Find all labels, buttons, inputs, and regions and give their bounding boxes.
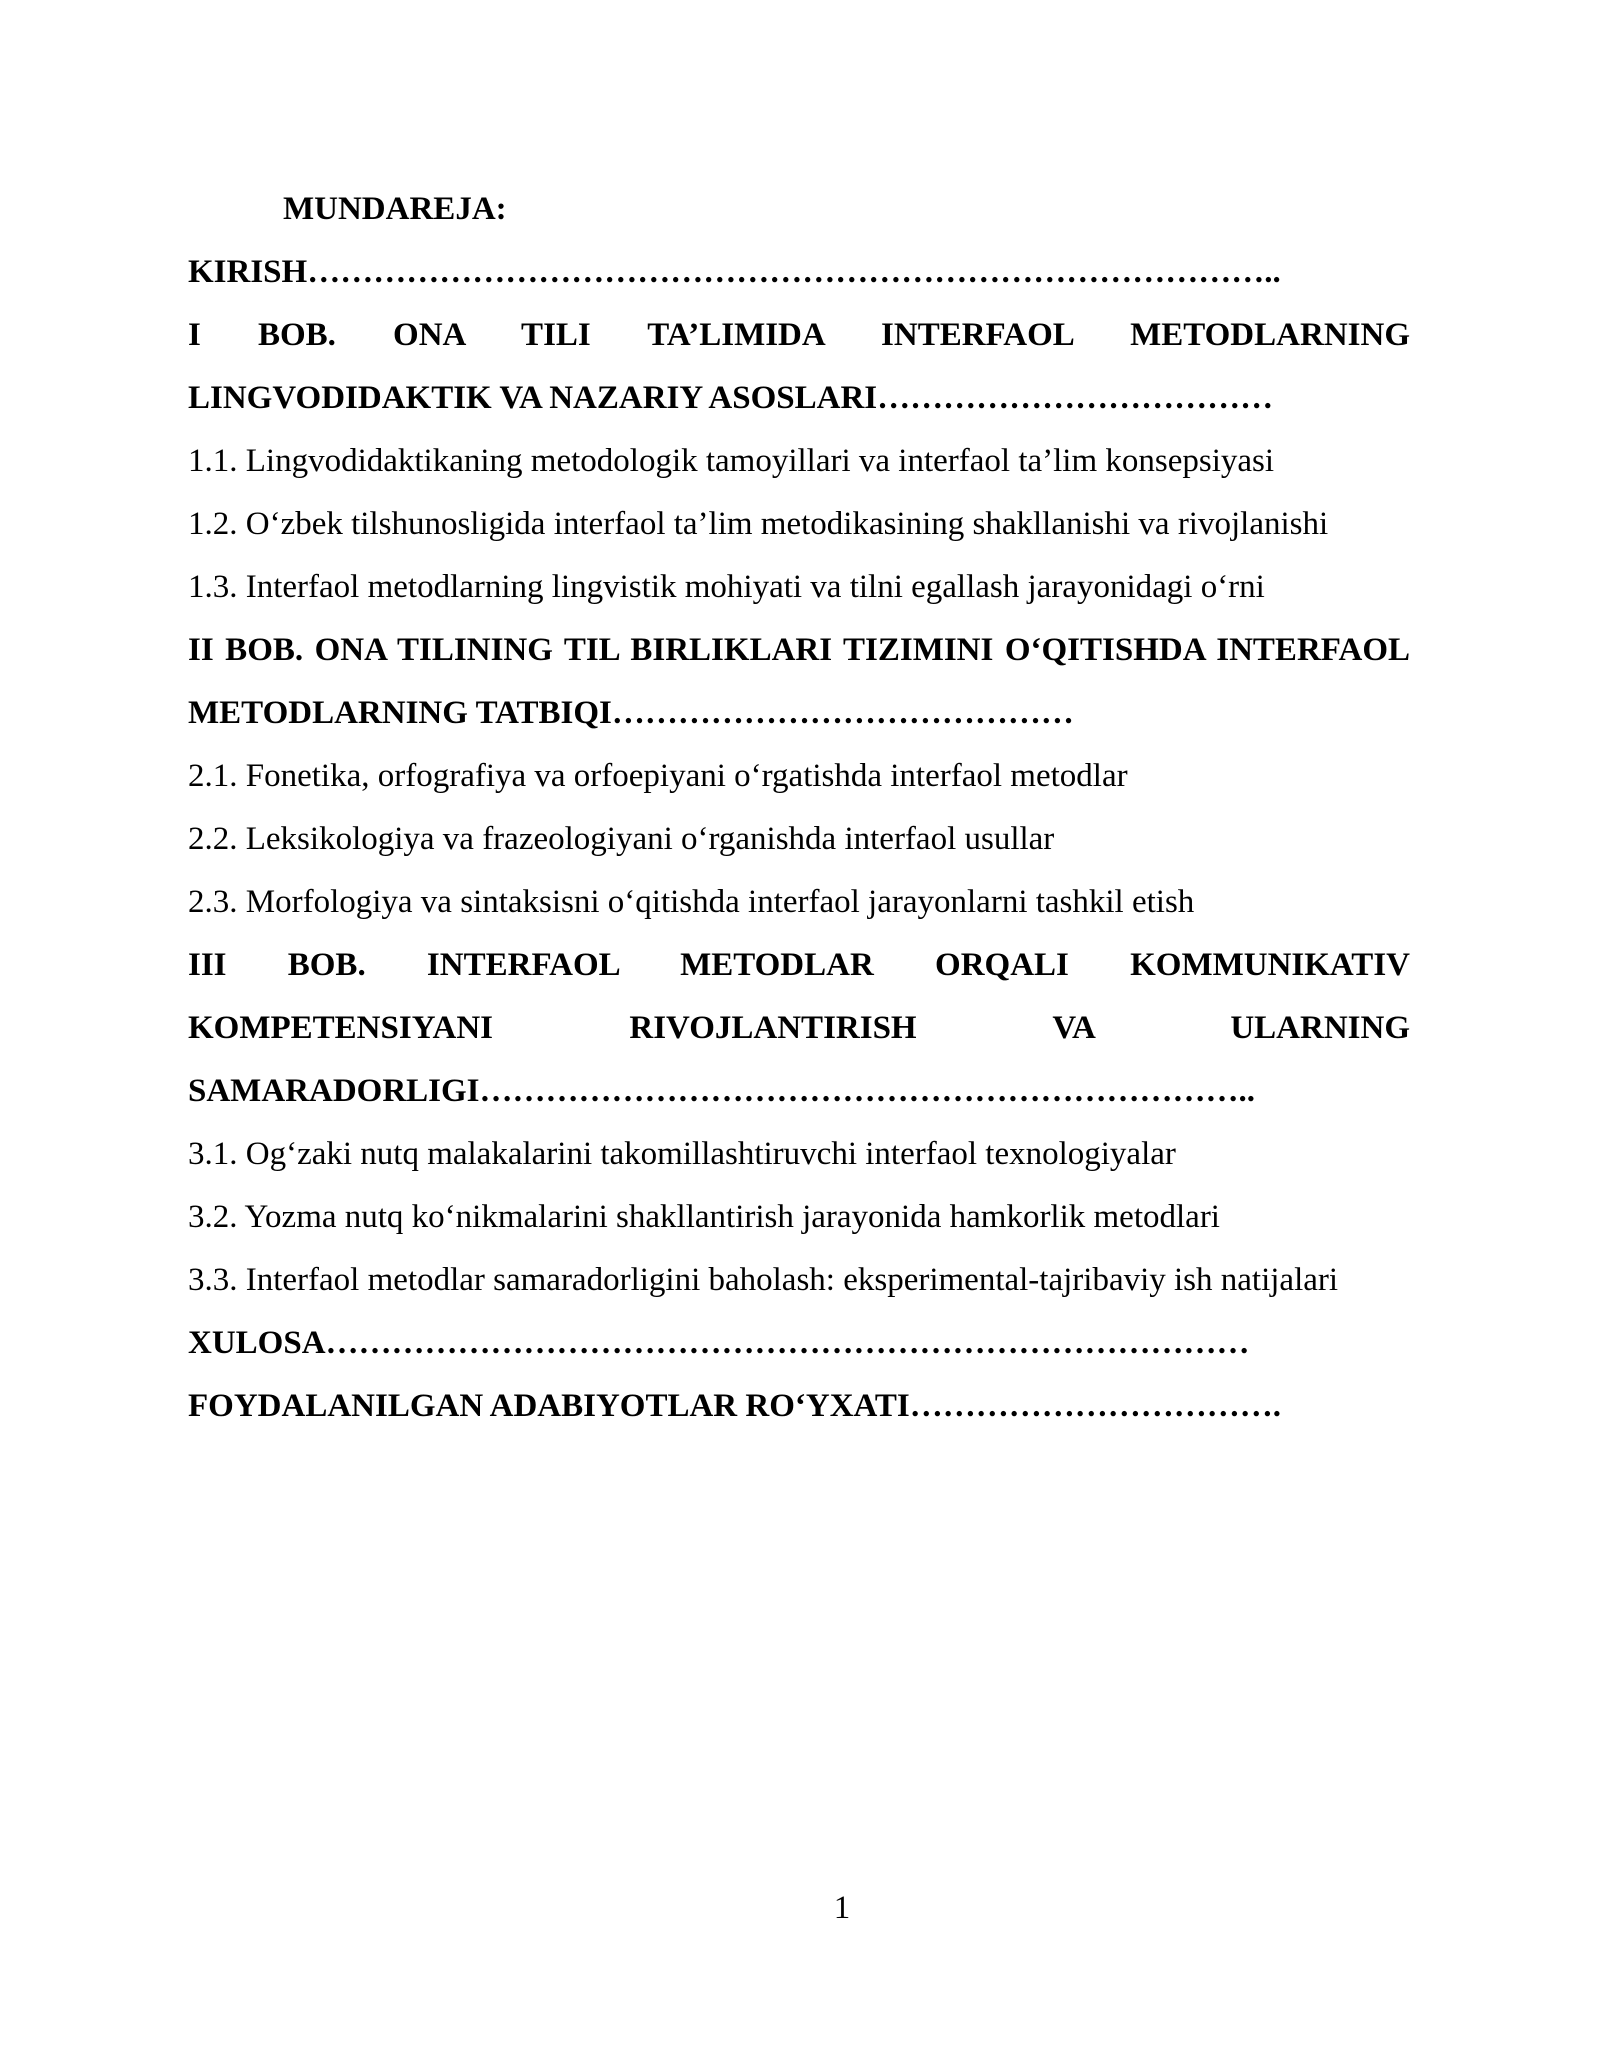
page-number: 1 — [0, 1888, 1600, 1928]
toc-entry-section-3-3: 3.3. Interfaol metodlar samaradorligini … — [188, 1249, 1410, 1312]
dot-leader: ……………………………. — [910, 1388, 1281, 1424]
entry-text: 2.3. Morfologiya va sintaksisni o‘qitish… — [188, 884, 1194, 920]
dot-leader: …………………………………………………………………………….. — [307, 254, 1281, 290]
toc-entry-section-3-1: 3.1. Og‘zaki nutq malakalarini takomilla… — [188, 1123, 1410, 1186]
entry-text: 2.1. Fonetika, orfografiya va orfoepiyan… — [188, 758, 1128, 794]
entry-text: 3.2. Yozma nutq ko‘nikmalarini shakllant… — [188, 1199, 1220, 1235]
dot-leader: …………………………………………………………….. — [480, 1073, 1256, 1109]
dot-leader: …………………………………… — [612, 695, 1074, 731]
toc-entry-section-2-2: 2.2. Leksikologiya va frazeologiyani o‘r… — [188, 808, 1410, 871]
table-of-contents: MUNDAREJA: KIRISH……………………………………………………………… — [188, 178, 1410, 1438]
toc-title: MUNDAREJA: — [188, 178, 1410, 241]
toc-entry-section-1-3: 1.3. Interfaol metodlarning lingvistik m… — [188, 556, 1410, 619]
dot-leader: ………………………………………………………………………… — [326, 1325, 1250, 1361]
toc-entry-section-1-2: 1.2. O‘zbek tilshunosligida interfaol ta… — [188, 493, 1410, 556]
toc-entry-references: FOYDALANILGAN ADABIYOTLAR RO‘YXATI………………… — [188, 1375, 1410, 1438]
toc-entry-conclusion: XULOSA………………………………………………………………………… — [188, 1312, 1410, 1375]
entry-text: KIRISH — [188, 254, 307, 290]
entry-text: 2.2. Leksikologiya va frazeologiyani o‘r… — [188, 821, 1054, 857]
toc-entry-section-2-1: 2.1. Fonetika, orfografiya va orfoepiyan… — [188, 745, 1410, 808]
entry-text: 3.1. Og‘zaki nutq malakalarini takomilla… — [188, 1136, 1176, 1172]
toc-entry-section-2-3: 2.3. Morfologiya va sintaksisni o‘qitish… — [188, 871, 1410, 934]
toc-entry-section-1-1: 1.1. Lingvodidaktikaning metodologik tam… — [188, 430, 1410, 493]
entry-text: FOYDALANILGAN ADABIYOTLAR RO‘YXATI — [188, 1388, 910, 1424]
entry-text: 1.2. O‘zbek tilshunosligida interfaol ta… — [188, 506, 1328, 542]
toc-entry-chapter-2: II BOB. ONA TILINING TIL BIRLIKLARI TIZI… — [188, 619, 1410, 745]
toc-entry-chapter-1: I BOB. ONA TILI TA’LIMIDA INTERFAOL METO… — [188, 304, 1410, 430]
toc-entry-introduction: KIRISH…………………………………………………………………………….. — [188, 241, 1410, 304]
document-page: MUNDAREJA: KIRISH……………………………………………………………… — [0, 0, 1600, 2070]
toc-entry-section-3-2: 3.2. Yozma nutq ko‘nikmalarini shakllant… — [188, 1186, 1410, 1249]
dot-leader: ……………………………… — [877, 380, 1273, 416]
entry-text: XULOSA — [188, 1325, 326, 1361]
toc-entry-chapter-3: III BOB. INTERFAOL METODLAR ORQALI KOMMU… — [188, 934, 1410, 1123]
entry-text: 3.3. Interfaol metodlar samaradorligini … — [188, 1262, 1338, 1298]
entry-text: 1.3. Interfaol metodlarning lingvistik m… — [188, 569, 1265, 605]
entry-text: 1.1. Lingvodidaktikaning metodologik tam… — [188, 443, 1274, 479]
